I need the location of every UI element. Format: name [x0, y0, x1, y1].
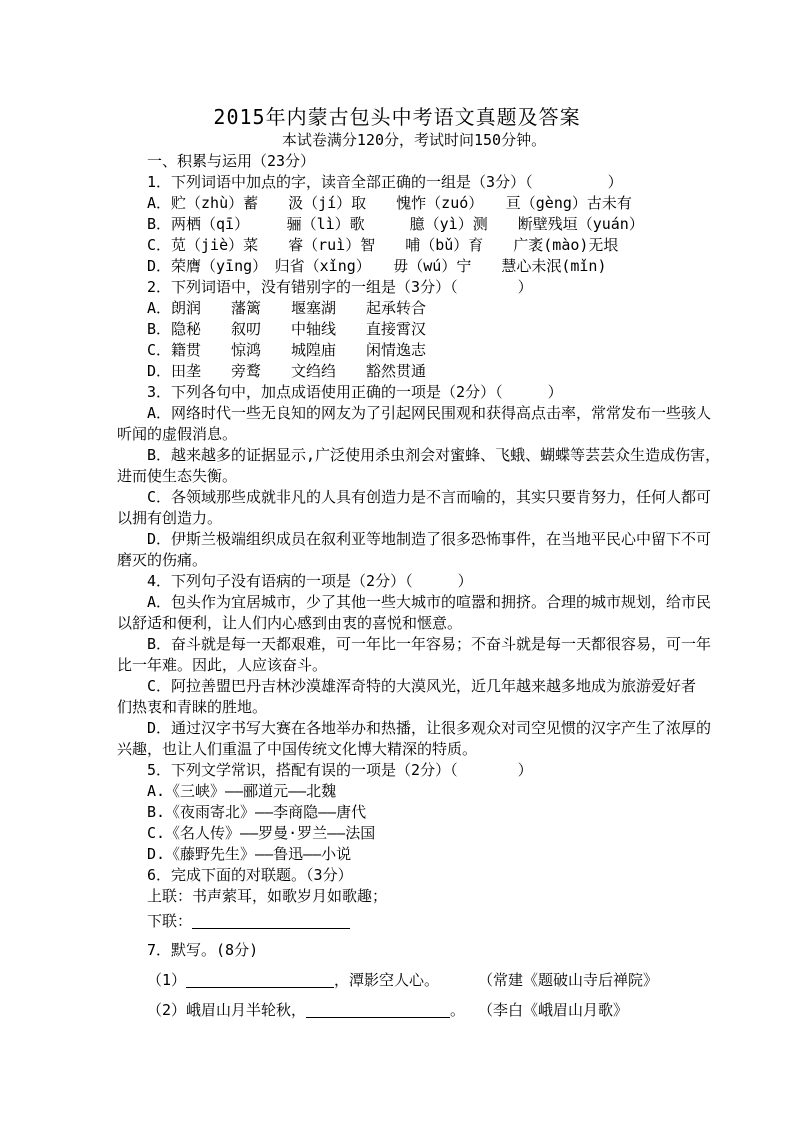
couplet-lower-label: 下联：	[147, 912, 192, 930]
question-3-option-a-cont: 听闻的虚假消息。	[117, 424, 694, 445]
question-5-option-d: D.《藤野先生》——鲁迅——小说	[117, 844, 694, 865]
question-3-option-d: D．伊斯兰极端组织成员在叙利亚等地制造了很多恐怖事件，在当地平民心中留下不可	[117, 529, 694, 550]
question-1-option-a: A．贮（zhù）蓄 汲（jí）取 愧怍（zuó） 亘（gèng）古未有	[117, 193, 694, 214]
question-2-option-c: C．籍贯 惊鸿 城隍庙 闲情逸志	[117, 340, 694, 361]
question-3-stem: 3．下列各句中，加点成语使用正确的一项是（2分）（ ）	[117, 382, 694, 403]
q7-item-1-text: ，潭影空人心。	[334, 971, 439, 989]
exam-document-page: 2015年内蒙古包头中考语文真题及答案 本试卷满分120分，考试时问150分钟。…	[0, 0, 794, 1123]
question-2-option-b: B．隐秘 叙叨 中轴线 直接霄汉	[117, 319, 694, 340]
q7-item-2-answer-blank	[306, 1001, 450, 1018]
q7-item-1-source: （常建《题破山寺后禅院》	[478, 970, 658, 991]
question-3-option-a: A．网络时代一些无良知的网友为了引起网民围观和获得高点击率，常常发布一些骇人	[117, 403, 694, 424]
question-2-option-a: A．朗润 藩篱 堰塞湖 起承转合	[117, 298, 694, 319]
question-4-option-c: C．阿拉善盟巴丹吉林沙漠雄浑奇特的大漠风光，近几年越来越多地成为旅游爱好者	[117, 676, 694, 697]
question-2-option-d: D．田垄 旁鹜 文绉绉 豁然贯通	[117, 361, 694, 382]
question-4-option-d-cont: 兴趣，也让人们重温了中国传统文化博大精深的特质。	[117, 739, 694, 760]
q7-item-2-source: （李白《峨眉山月歌》	[478, 1000, 628, 1021]
question-5-option-b: B.《夜雨寄北》——李商隐——唐代	[117, 802, 694, 823]
question-4-option-b-cont: 比一年难。因此，人应该奋斗。	[117, 655, 694, 676]
question-1-option-c: C．苋（jiè）菜 睿（ruì）智 哺（bǔ）育 广袤(mào)无垠	[117, 235, 694, 256]
question-3-option-d-cont: 磨灭的伤痛。	[117, 550, 694, 571]
question-4-option-a: A．包头作为宜居城市，少了其他一些大城市的喧嚣和拥挤。合理的城市规划，给市民	[117, 592, 694, 613]
question-7-item-1: （1），潭影空人心。 （常建《题破山寺后禅院》	[117, 970, 694, 991]
exam-info: 本试卷满分120分，考试时问150分钟。	[117, 130, 711, 151]
question-1-option-d: D．荣膺（yīng） 归省（xǐng） 毋（wú）宁 慧心未泯(mǐn)	[117, 256, 694, 277]
question-3-option-c-cont: 以拥有创造力。	[117, 508, 694, 529]
question-4-option-d: D．通过汉字书写大赛在各地举办和热播，让很多观众对司空见惯的汉字产生了浓厚的	[117, 718, 694, 739]
question-5-option-a: A.《三峡》——郦道元——北魏	[117, 781, 694, 802]
q7-item-1-answer-blank	[186, 971, 334, 988]
q7-item-2-text: （2）峨眉山月半轮秋，	[147, 1001, 306, 1019]
q7-item-2-period: 。	[450, 1001, 465, 1019]
question-7-item-2: （2）峨眉山月半轮秋，。 （李白《峨眉山月歌》	[117, 1000, 694, 1021]
question-3-option-c: C．各领域那些成就非凡的人具有创造力是不言而喻的，其实只要肯努力，任何人都可	[117, 487, 694, 508]
question-4-stem: 4．下列句子没有语病的一项是（2分）（ ）	[117, 571, 694, 592]
couplet-upper-line: 上联：书声萦耳，如歌岁月如歌趣；	[117, 886, 694, 907]
question-3-option-b-cont: 进而使生态失衡。	[117, 466, 694, 487]
question-5-option-c: C.《名人传》——罗曼·罗兰——法国	[117, 823, 694, 844]
question-4-option-c-cont: 们热衷和青睐的胜地。	[117, 697, 694, 718]
page-title: 2015年内蒙古包头中考语文真题及答案	[100, 104, 694, 130]
question-7-stem: 7．默写。(8分)	[117, 940, 694, 961]
question-4-option-b: B．奋斗就是每一天都艰难，可一年比一年容易；不奋斗就是每一天都很容易，可一年	[117, 634, 694, 655]
question-2-stem: 2．下列词语中，没有错别字的一组是（3分）（ ）	[117, 277, 694, 298]
question-3-option-b: B．越来越多的证据显示,广泛使用杀虫剂会对蜜蜂、飞蛾、蝴蝶等芸芸众生造成伤害，	[117, 445, 694, 466]
question-6-stem: 6．完成下面的对联题。（3分）	[117, 865, 694, 886]
question-5-stem: 5．下列文学常识，搭配有误的一项是（2分）（ ）	[117, 760, 694, 781]
question-1-option-b: B．两栖（qī） 骊（lì）歌 臆（yì）测 断壁残垣（yuán）	[117, 214, 694, 235]
q7-item-1-number: （1）	[147, 971, 186, 989]
couplet-answer-blank	[192, 912, 350, 929]
question-4-option-a-cont: 以舒适和便利，让人们内心感到由衷的喜悦和惬意。	[117, 613, 694, 634]
couplet-lower-line: 下联：	[117, 911, 694, 932]
question-1-stem: 1．下列词语中加点的字，读音全部正确的一组是（3分）（ ）	[117, 172, 694, 193]
section-1-heading: 一、积累与运用（23分）	[117, 151, 694, 172]
